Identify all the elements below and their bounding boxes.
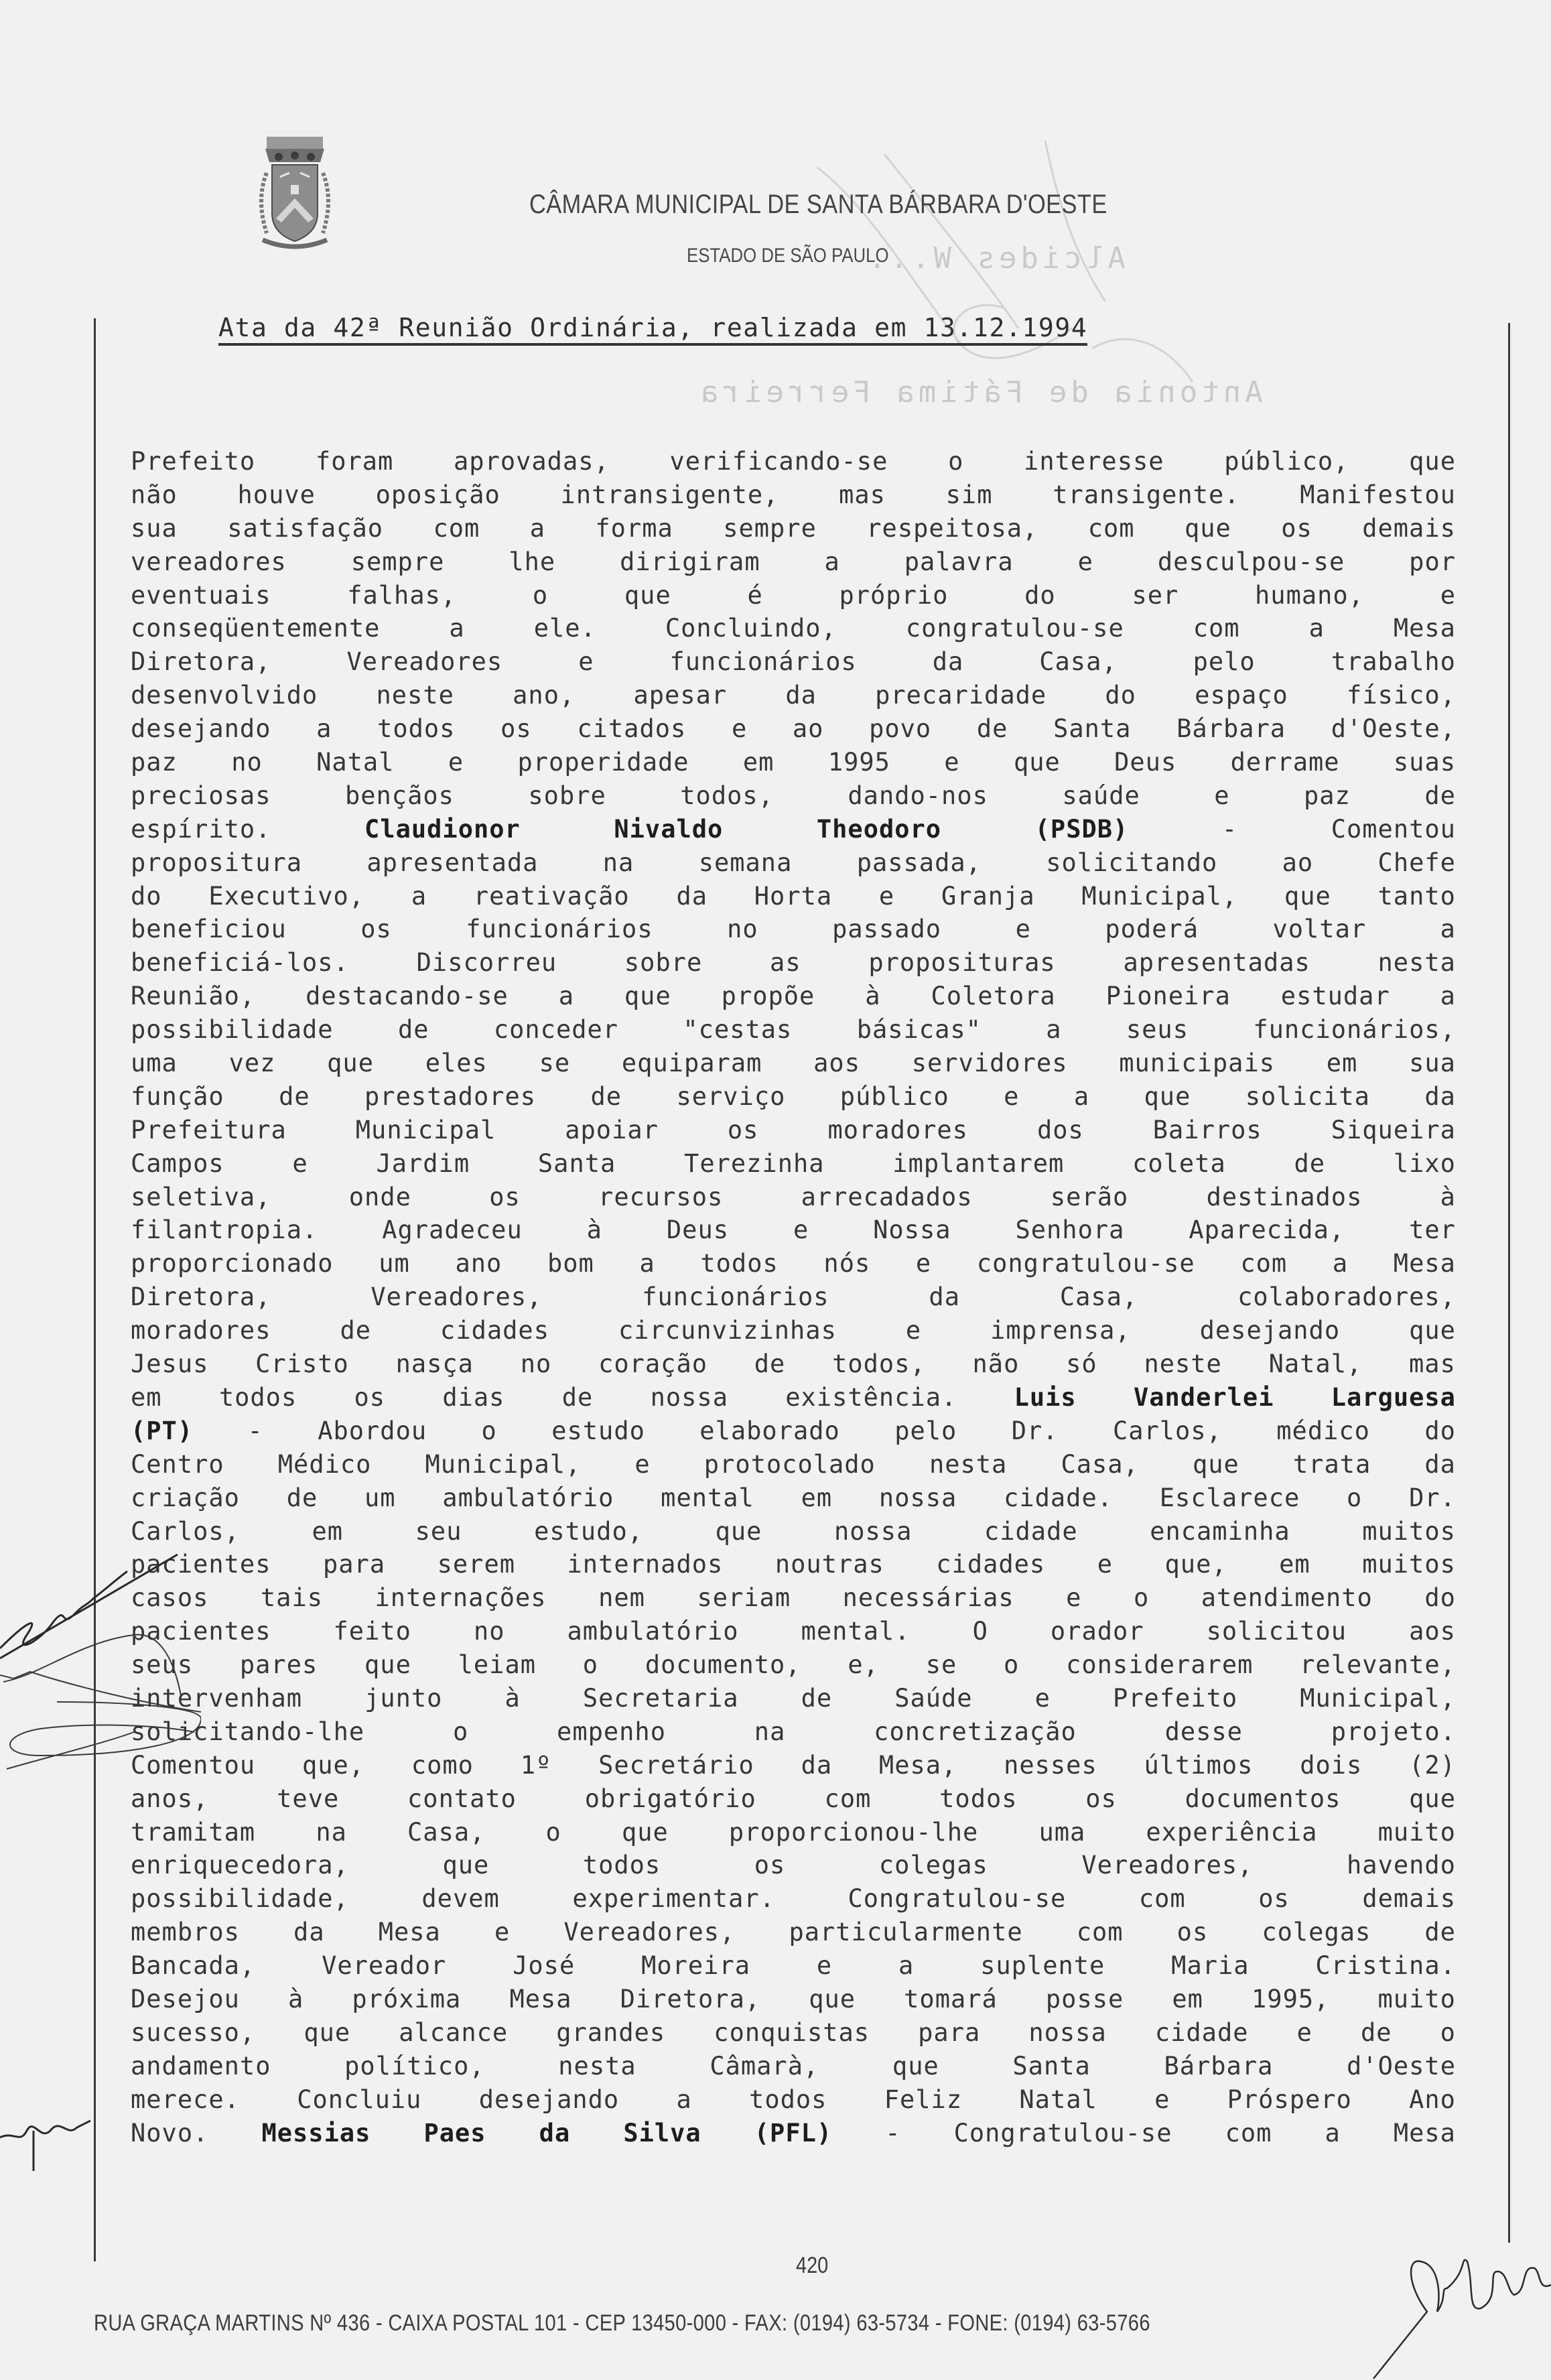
word: da xyxy=(293,1916,325,1949)
word: particularmente xyxy=(789,1916,1022,1949)
word: os xyxy=(354,1381,386,1414)
word: Prefeito xyxy=(131,445,255,478)
minutes-line: doExecutivo,areativaçãodaHortaeGranjaMun… xyxy=(131,880,1456,913)
word: estudar xyxy=(1281,980,1390,1013)
minutes-line: andamentopolítico,nestaCâmarà,queSantaBá… xyxy=(131,2050,1456,2083)
speaker-name-word: (PSDB) xyxy=(1035,813,1129,846)
word: com xyxy=(433,512,480,545)
word: Reunião, xyxy=(131,980,255,1013)
minutes-line: eventuaisfalhas,oqueéprópriodoserhumano,… xyxy=(131,579,1456,612)
word: conquistas xyxy=(714,2016,870,2050)
word: espaço xyxy=(1195,679,1288,712)
page-number: 420 xyxy=(796,2253,828,2279)
word: dirigiram xyxy=(620,545,760,579)
word: Vereadores, xyxy=(563,1916,735,1949)
word: o xyxy=(1004,1648,1019,1682)
word: propositura xyxy=(131,846,302,880)
word: sua xyxy=(1409,1047,1456,1080)
word: de xyxy=(977,712,1008,746)
word: Novo. xyxy=(131,2117,208,2150)
word: posse xyxy=(1046,1983,1124,2016)
word: Discorreu xyxy=(417,946,557,980)
minutes-line: tramitamnaCasa,oqueproporcionou-lheumaex… xyxy=(131,1816,1456,1849)
word: demais xyxy=(1362,512,1456,545)
word: Mesa xyxy=(1394,2117,1456,2150)
word: por xyxy=(1409,545,1456,579)
minutes-line: intervenhamjuntoàSecretariadeSaúdeePrefe… xyxy=(131,1682,1456,1715)
word: e xyxy=(1297,2016,1312,2050)
word: 1995, xyxy=(1252,1983,1329,2016)
word: e xyxy=(578,645,594,679)
word: e xyxy=(817,1949,832,1983)
word: Bárbara xyxy=(1176,712,1286,746)
word: a xyxy=(825,545,840,579)
word: Médico xyxy=(278,1448,372,1481)
word: de xyxy=(754,1347,786,1381)
minutes-line: possibilidade,devemexperimentar.Congratu… xyxy=(131,1882,1456,1916)
word: nós xyxy=(823,1247,870,1280)
word: todos, xyxy=(680,779,774,813)
word: que xyxy=(622,1816,669,1849)
word: do xyxy=(1024,579,1056,612)
word: falhas, xyxy=(347,579,456,612)
word: como xyxy=(411,1749,474,1782)
word: Secretaria xyxy=(583,1682,739,1715)
word: Pioneira xyxy=(1106,980,1231,1013)
word: sim xyxy=(946,478,993,512)
word: a xyxy=(559,980,574,1013)
word: da xyxy=(1424,1080,1456,1114)
word: no xyxy=(231,746,263,779)
word: e xyxy=(292,1147,308,1181)
word: Mesa xyxy=(509,1983,571,2016)
word: bom xyxy=(547,1247,594,1280)
word: serão xyxy=(1051,1181,1128,1214)
word: um xyxy=(379,1247,410,1280)
word: devem xyxy=(421,1882,499,1916)
word: paz xyxy=(131,746,178,779)
word: a xyxy=(1440,980,1456,1013)
word: da xyxy=(676,880,707,913)
word: na xyxy=(754,1715,786,1749)
word: todos xyxy=(700,1247,778,1280)
word: Santa xyxy=(1012,2050,1090,2083)
word: todos xyxy=(749,2083,827,2117)
word: Vereadores xyxy=(346,645,502,679)
word: de xyxy=(1361,2016,1392,2050)
minutes-line: conseqüentementeaele.Concluindo,congratu… xyxy=(131,612,1456,645)
minutes-line: funçãodeprestadoresdeserviçopúblicoeaque… xyxy=(131,1080,1456,1114)
word: circunvizinhas xyxy=(618,1314,837,1347)
minutes-line: Novo.MessiasPaesdaSilva(PFL)-Congratulou… xyxy=(131,2117,1456,2150)
speaker-name-word: Silva xyxy=(623,2117,701,2150)
word: colegas xyxy=(1262,1916,1371,1949)
word: com xyxy=(1139,1882,1186,1916)
word: Municipal, xyxy=(1300,1682,1456,1715)
word: desculpou-se xyxy=(1158,545,1345,579)
word: Municipal, xyxy=(425,1448,582,1481)
word: Próspero xyxy=(1227,2083,1352,2117)
word: filantropia. xyxy=(131,1213,318,1247)
word: solicitando xyxy=(1046,846,1217,880)
word: nesta xyxy=(929,1448,1007,1481)
word: de xyxy=(1424,779,1456,813)
word: tomará xyxy=(904,1983,998,2016)
word: Saúde xyxy=(894,1682,972,1715)
minutes-line: Comentouque,como1ºSecretáriodaMesa,nesse… xyxy=(131,1749,1456,1782)
word: casos xyxy=(131,1581,208,1615)
word: nesses xyxy=(1004,1749,1097,1782)
word: imprensa, xyxy=(990,1314,1130,1347)
word: "cestas xyxy=(683,1013,792,1047)
word: funcionários xyxy=(642,1280,829,1314)
word: uma xyxy=(1038,1816,1085,1849)
word: encaminha xyxy=(1150,1515,1290,1548)
word: passado xyxy=(832,913,941,946)
minutes-line: pacientesfeitonoambulatóriomental.Oorado… xyxy=(131,1615,1456,1648)
word: os xyxy=(1177,1916,1209,1949)
word: político, xyxy=(344,2050,484,2083)
minutes-line: seletiva,ondeosrecursosarrecadadosserãod… xyxy=(131,1181,1456,1214)
word: cidades xyxy=(936,1548,1045,1581)
word: se xyxy=(926,1648,957,1682)
minutes-line: Reunião,destacando-seaquepropõeàColetora… xyxy=(131,980,1456,1013)
word: o xyxy=(1347,1481,1362,1515)
word: arrecadados xyxy=(801,1181,973,1214)
word: anos, xyxy=(131,1782,208,1816)
word: Vereadores, xyxy=(1081,1849,1253,1882)
word: transigente. xyxy=(1053,478,1239,512)
word: o xyxy=(583,1648,598,1682)
word: paz xyxy=(1304,779,1351,813)
word: que xyxy=(892,2050,939,2083)
word: do xyxy=(1424,1581,1456,1615)
minutes-line: beneficiá-los.Discorreusobreaspropositur… xyxy=(131,946,1456,980)
word: interesse xyxy=(1024,445,1164,478)
word: d'Oeste xyxy=(1347,2050,1456,2083)
word: Manifestou xyxy=(1300,478,1456,512)
word: cidades xyxy=(440,1314,549,1347)
word: seus xyxy=(1126,1013,1189,1047)
word: Senhora xyxy=(1015,1213,1124,1247)
word: de xyxy=(590,1080,622,1114)
word: que, xyxy=(302,1749,364,1782)
word: e xyxy=(494,1916,510,1949)
word: à xyxy=(288,1983,304,2016)
word: sempre xyxy=(351,545,445,579)
document-page: ​Alcides W... ​Antonia de Fátima Ferreir… xyxy=(0,0,1551,2380)
word: estudo xyxy=(551,1414,645,1448)
word: Mesa xyxy=(1394,1247,1456,1280)
word: Concluiu xyxy=(297,2083,421,2117)
word: de xyxy=(398,1013,429,1047)
word: grandes xyxy=(556,2016,665,2050)
speaker-name-word: Vanderlei xyxy=(1134,1381,1274,1414)
word: existência. xyxy=(785,1381,957,1414)
minutes-line: sucesso,quealcancegrandesconquistasparan… xyxy=(131,2016,1456,2050)
word: tramitam xyxy=(131,1816,255,1849)
word: ambulatório xyxy=(567,1615,739,1648)
word: à xyxy=(1440,1181,1456,1214)
left-margin-line xyxy=(94,318,96,2261)
speaker-name-word: Messias xyxy=(261,2117,370,2150)
word: o xyxy=(1134,1581,1149,1615)
word: da xyxy=(801,1749,833,1782)
word: elaborado xyxy=(699,1414,839,1448)
word: muitos xyxy=(1362,1515,1456,1548)
word: desejando xyxy=(479,2083,619,2117)
word: José xyxy=(513,1949,575,1983)
word: todos xyxy=(377,712,455,746)
word: lhe xyxy=(509,545,555,579)
minutes-line: seusparesqueleiamodocumento,e,seoconside… xyxy=(131,1648,1456,1682)
word: os xyxy=(489,1181,521,1214)
word: voltar xyxy=(1272,913,1366,946)
minutes-line: Diretora,Vereadores,funcionáriosdaCasa,c… xyxy=(131,1280,1456,1314)
word: o xyxy=(482,1414,497,1448)
word: empenho xyxy=(557,1715,666,1749)
word: Diretora, xyxy=(620,1983,760,2016)
word: com xyxy=(1088,512,1135,545)
word: andamento xyxy=(131,2050,271,2083)
document-title: Ata da 42ª Reunião Ordinária, realizada … xyxy=(218,312,1087,346)
organization-name: CÂMARA MUNICIPAL DE SANTA BÁRBARA D'OEST… xyxy=(529,190,1163,220)
word: apresentadas xyxy=(1123,946,1310,980)
word: que xyxy=(304,2016,350,2050)
word: nossa xyxy=(834,1515,912,1548)
word: saúde xyxy=(1062,779,1140,813)
word: leiam xyxy=(458,1648,536,1682)
word: Abordou xyxy=(318,1414,427,1448)
word: conceder xyxy=(494,1013,618,1047)
word: a xyxy=(1309,612,1325,645)
word: Coletora xyxy=(931,980,1055,1013)
word: em xyxy=(1172,1983,1203,2016)
word: recursos xyxy=(598,1181,723,1214)
word: Natal, xyxy=(1269,1347,1363,1381)
word: Dr. xyxy=(1409,1481,1456,1515)
bottom-right-signature-icon xyxy=(1306,2178,1551,2380)
word: e xyxy=(1214,779,1229,813)
word: o xyxy=(546,1816,561,1849)
word: neste xyxy=(1144,1347,1221,1381)
word: Prefeitura xyxy=(131,1114,287,1147)
word: que xyxy=(1144,1080,1191,1114)
word: que xyxy=(624,579,671,612)
word: (2) xyxy=(1409,1749,1456,1782)
word: ter xyxy=(1409,1213,1456,1247)
word: básicas" xyxy=(857,1013,982,1047)
word: de xyxy=(562,1381,594,1414)
word: internações xyxy=(375,1581,547,1615)
word: Diretora, xyxy=(131,645,271,679)
word: seletiva, xyxy=(131,1181,271,1214)
word: se xyxy=(539,1047,571,1080)
word: a xyxy=(1333,1247,1348,1280)
word: sobre xyxy=(624,946,702,980)
word: Centro xyxy=(131,1448,224,1481)
word: internados xyxy=(567,1548,724,1581)
word: desejando xyxy=(131,712,271,746)
word: sempre xyxy=(723,512,817,545)
word: e xyxy=(1016,913,1031,946)
word: e xyxy=(1066,1581,1081,1615)
minutes-body: Prefeitoforamaprovadas,verificando-seoin… xyxy=(131,445,1456,2150)
word: dois xyxy=(1300,1749,1362,1782)
word: Jesus xyxy=(131,1347,208,1381)
word: Esclarece xyxy=(1160,1481,1300,1515)
word: médico xyxy=(1276,1414,1370,1448)
word: noutras xyxy=(775,1548,884,1581)
word: Executivo, xyxy=(208,880,364,913)
word: d'Oeste, xyxy=(1331,712,1456,746)
word: serem xyxy=(437,1548,515,1581)
word: só xyxy=(1066,1347,1097,1381)
word: Siqueira xyxy=(1331,1114,1456,1147)
word: oposição xyxy=(376,478,500,512)
minutes-line: Bancada,VereadorJoséMoreiraeasuplenteMar… xyxy=(131,1949,1456,1983)
minutes-line: (PT)-AbordouoestudoelaboradopeloDr.Carlo… xyxy=(131,1414,1456,1448)
word: Horta xyxy=(754,880,832,913)
word: reativação xyxy=(474,880,630,913)
word: vez xyxy=(229,1047,276,1080)
word: a xyxy=(676,2083,691,2117)
word: com xyxy=(825,1782,872,1816)
word: público xyxy=(840,1080,949,1114)
word: atendimento xyxy=(1201,1581,1373,1615)
word: concretização xyxy=(874,1715,1077,1749)
word: e xyxy=(448,746,464,779)
word: funcionários xyxy=(466,913,653,946)
word: de xyxy=(1294,1147,1326,1181)
word: em xyxy=(801,1481,833,1515)
word: os xyxy=(728,1114,759,1147)
word: aprovadas, xyxy=(454,445,610,478)
word: necessárias xyxy=(843,1581,1014,1615)
word: suplente xyxy=(980,1949,1105,1983)
word: estudo, xyxy=(534,1515,643,1548)
word: Santa xyxy=(538,1147,616,1181)
word: os xyxy=(754,1849,786,1882)
word: que xyxy=(1014,746,1061,779)
word: um xyxy=(364,1481,396,1515)
word: palavra xyxy=(904,545,1014,579)
word: em xyxy=(131,1381,162,1414)
word: e, xyxy=(848,1648,879,1682)
word: que xyxy=(364,1648,411,1682)
word: dos xyxy=(1037,1114,1084,1147)
minutes-line: suasatisfaçãocomaformasemprerespeitosa,c… xyxy=(131,512,1456,545)
minutes-line: possibilidadedeconceder"cestasbásicas"as… xyxy=(131,1013,1456,1047)
right-margin-line xyxy=(1508,323,1510,2243)
word: povo xyxy=(869,712,931,746)
minutes-line: desejandoatodososcitadoseaopovodeSantaBá… xyxy=(131,712,1456,746)
word: a xyxy=(1046,1013,1061,1047)
word: em xyxy=(1327,1047,1358,1080)
coat-of-arms-icon xyxy=(247,133,343,257)
word: derrame xyxy=(1231,746,1340,779)
word: trabalho xyxy=(1331,645,1456,679)
word: desejando xyxy=(1200,1314,1340,1347)
word: moradores xyxy=(131,1314,271,1347)
word: preciosas xyxy=(131,779,271,813)
word: dando-nos xyxy=(848,779,988,813)
word: seus xyxy=(131,1648,193,1682)
word: documentos xyxy=(1185,1782,1341,1816)
show-through-text-1: ​Alcides W... xyxy=(864,241,1126,275)
word: aos xyxy=(1409,1615,1456,1648)
word: Carlos, xyxy=(131,1515,240,1548)
minutes-line: espírito.ClaudionorNivaldoTheodoro(PSDB)… xyxy=(131,813,1456,846)
word: sobre xyxy=(528,779,606,813)
word: Câmarà, xyxy=(710,2050,819,2083)
word: os xyxy=(1281,512,1312,545)
word: ano xyxy=(455,1247,502,1280)
minutes-line: Prefeitoforamaprovadas,verificando-seoin… xyxy=(131,445,1456,478)
word: desenvolvido xyxy=(131,679,318,712)
word: na xyxy=(603,846,634,880)
word: Mesa xyxy=(379,1916,441,1949)
word: possibilidade xyxy=(131,1013,334,1047)
word: conseqüentemente xyxy=(131,612,380,645)
speaker-name-word: Theodoro xyxy=(817,813,941,846)
word: trata xyxy=(1293,1448,1371,1481)
word: Diretora, xyxy=(131,1280,271,1314)
word: ambulatório xyxy=(442,1481,614,1515)
word: que xyxy=(1185,512,1231,545)
word: solicitando-lhe xyxy=(131,1715,364,1749)
word: proporcionou-lhe xyxy=(729,1816,978,1849)
word: que xyxy=(1409,1782,1456,1816)
word: não xyxy=(973,1347,1020,1381)
word: desse xyxy=(1165,1715,1243,1749)
word: coleta xyxy=(1132,1147,1226,1181)
word: nossa xyxy=(879,1481,957,1515)
word: congratulou-se xyxy=(906,612,1124,645)
word: coração xyxy=(598,1347,707,1381)
word: Casa, xyxy=(407,1816,485,1849)
word: ao xyxy=(1282,846,1314,880)
word: orador xyxy=(1051,1615,1144,1648)
speaker-name-word: Claudionor xyxy=(364,813,521,846)
minutes-line: beneficiouosfuncionáriosnopassadoepoderá… xyxy=(131,913,1456,946)
word: nem xyxy=(598,1581,645,1615)
word: e xyxy=(1078,545,1093,579)
minutes-line: solicitando-lheoempenhonaconcretizaçãode… xyxy=(131,1715,1456,1749)
word: demais xyxy=(1362,1882,1456,1916)
word: serviço xyxy=(676,1080,785,1114)
word: poderá xyxy=(1105,913,1199,946)
word: com xyxy=(1240,1247,1287,1280)
word: função xyxy=(131,1080,224,1114)
minutes-line: CentroMédicoMunicipal,eprotocoladonestaC… xyxy=(131,1448,1456,1481)
word: Prefeito xyxy=(1113,1682,1237,1715)
word: colegas xyxy=(879,1849,988,1882)
speaker-name-word: da xyxy=(539,2117,571,2150)
word: mental. xyxy=(801,1615,911,1648)
word: de xyxy=(279,1080,310,1114)
word: no xyxy=(521,1347,552,1381)
word: Casa, xyxy=(1061,1448,1138,1481)
word: cidade xyxy=(1155,2016,1249,2050)
footer-address: RUA GRAÇA MARTINS Nº 436 - CAIXA POSTAL … xyxy=(94,2310,1343,2336)
word: intervenham xyxy=(131,1682,302,1715)
word: a xyxy=(530,512,545,545)
word: da xyxy=(929,1280,960,1314)
word: pelo xyxy=(1193,645,1256,679)
word: ele. xyxy=(534,612,596,645)
speaker-name-word: Paes xyxy=(423,2117,486,2150)
